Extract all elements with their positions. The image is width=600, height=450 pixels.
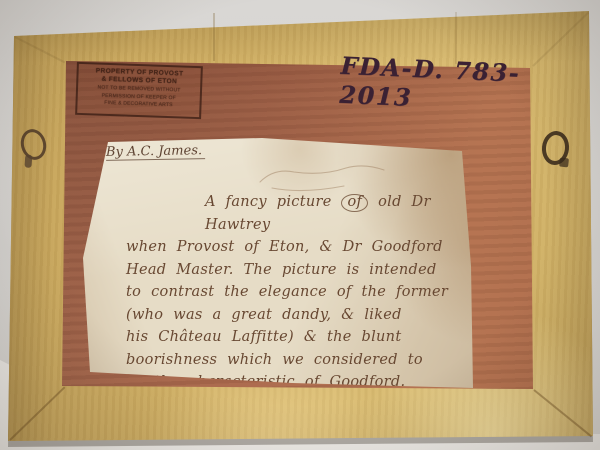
property-stamp: PROPERTY OF PROVOST & FELLOWS OF ETON NO… [75, 62, 203, 119]
note-line: boorishness which we considered to [126, 349, 478, 372]
frame-paper-seam [213, 13, 215, 61]
note-line: to contrast the elegance of the former [126, 281, 478, 304]
note-line: A fancy picture of old Dr Hawtrey [126, 191, 478, 236]
pencil-scribble [242, 160, 392, 194]
catalogue-inscription: FDA-D. 783-2013 [339, 51, 581, 119]
paper-label: By A.C. James. A fancy picture of old Dr… [82, 136, 478, 394]
note-line: Head Master. The picture is intended [126, 259, 478, 282]
photo-of-frame-back: PROPERTY OF PROVOST & FELLOWS OF ETON NO… [0, 0, 600, 450]
note-text: A fancy picture [205, 194, 341, 210]
note-line: when Provost of Eton, & Dr Goodford [126, 236, 478, 259]
attribution-line: By A.C. James. [106, 143, 205, 161]
note-line: (who was a great dandy, & liked [126, 304, 478, 327]
circled-word: of [341, 194, 368, 212]
note-line: his Château Laffitte) & the blunt [126, 326, 478, 349]
